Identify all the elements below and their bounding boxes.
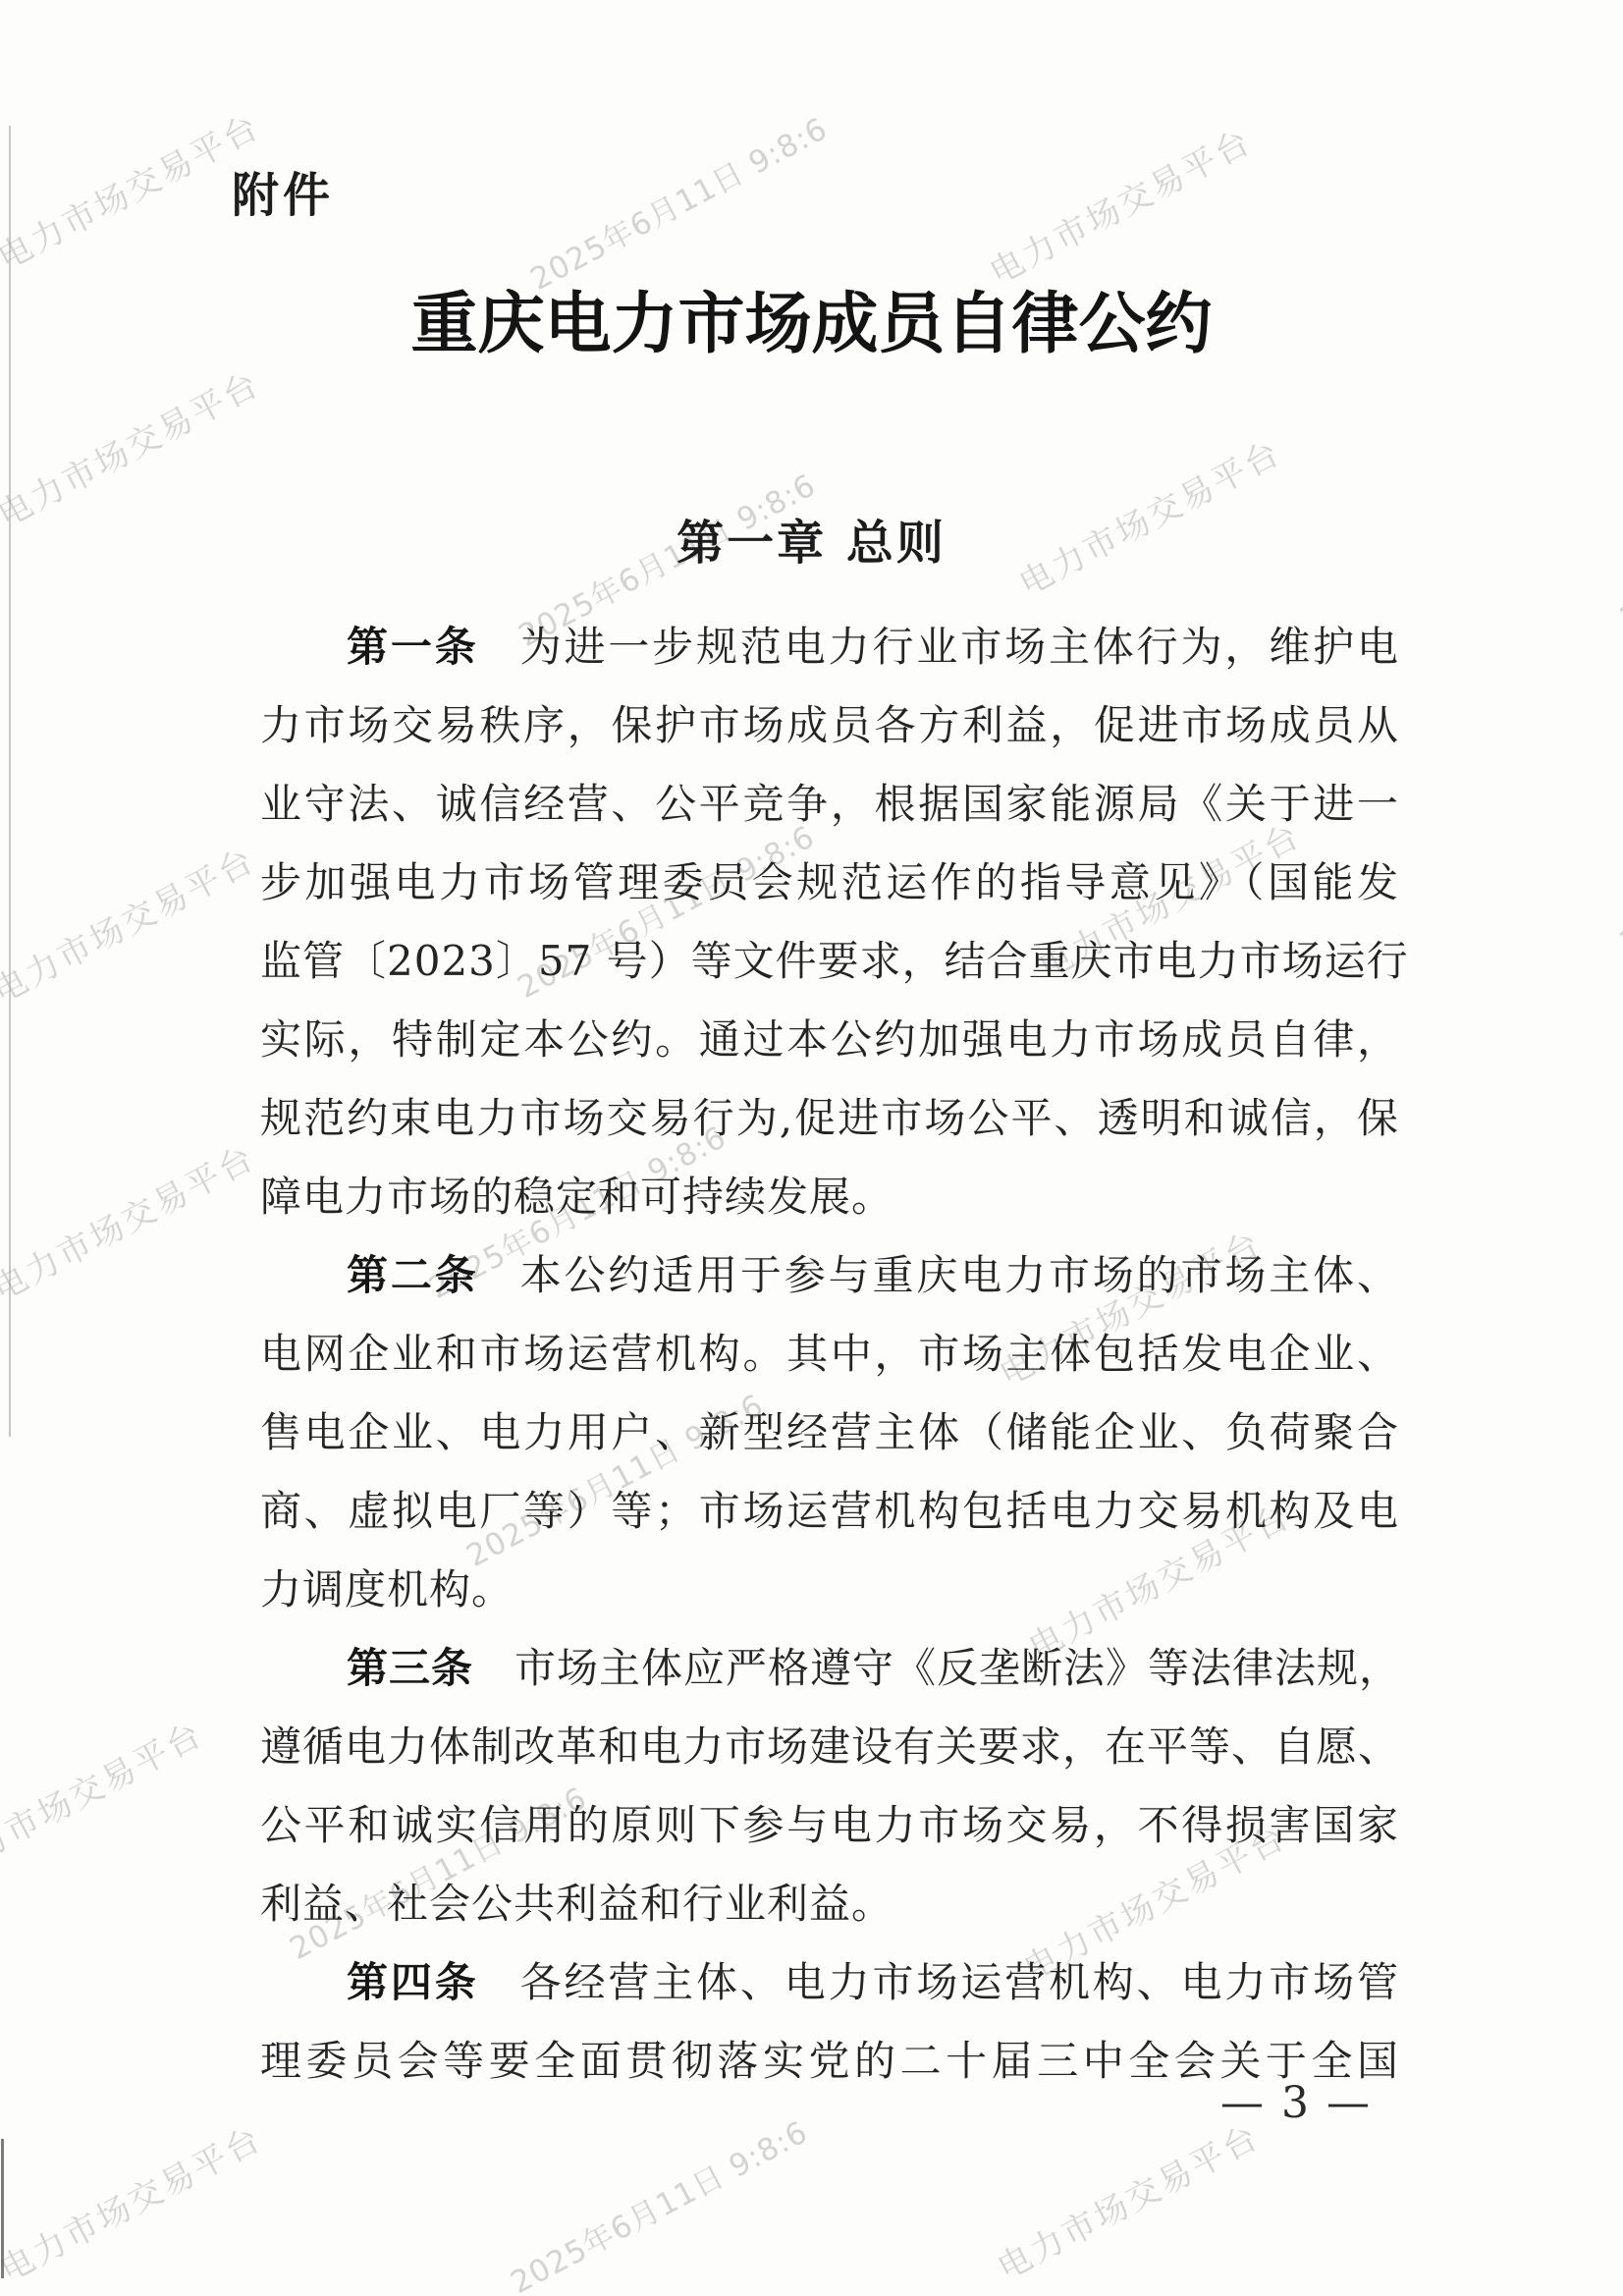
watermark-timestamp-text: 2025年6月11日 9:8:6 — [502, 2107, 815, 2296]
watermark-platform-text: 电力市场交易平台 — [988, 2110, 1267, 2289]
body-line-text: 实际，特制定本公约。通过本公约加强电力市场成员自律， — [260, 1015, 1399, 1064]
body-line: 商、虚拟电厂等）等；市场运营机构包括电力交易机构及电 — [260, 1472, 1399, 1551]
body-line: 监管〔2023〕57 号）等文件要求，结合重庆市电力市场运行 — [260, 922, 1399, 1001]
body-line: 售电企业、电力用户、新型经营主体（储能企业、负荷聚合 — [260, 1394, 1399, 1472]
page-number: — 3 — — [1203, 2078, 1389, 2128]
body-line: 利益、社会公共利益和行业利益。 — [260, 1865, 1399, 1943]
body-line-text: 力调度机构。 — [260, 1565, 514, 1613]
body-line: 步加强电力市场管理委员会规范运作的指导意见》（国能发 — [260, 844, 1399, 922]
body-line: 公平和诚实信用的原则下参与电力市场交易，不得损害国家 — [260, 1786, 1399, 1865]
body-line-text: 步加强电力市场管理委员会规范运作的指导意见》（国能发 — [260, 858, 1399, 906]
body-line: 实际，特制定本公约。通过本公约加强电力市场成员自律， — [260, 1001, 1399, 1079]
body-line: 第四条各经营主体、电力市场运营机构、电力市场管 — [260, 1943, 1399, 2022]
body-line-text: 遵循电力体制改革和电力市场建设有关要求，在平等、自愿、 — [260, 1722, 1400, 1771]
body-line-text: 为进一步规范电力行业市场主体行为，维护电 — [520, 623, 1399, 671]
body-line: 力市场交易秩序，保护市场成员各方利益，促进市场成员从 — [260, 686, 1399, 765]
body-line: 第二条本公约适用于参与重庆电力市场的市场主体、 — [260, 1236, 1399, 1315]
article-number: 第四条 — [347, 1958, 479, 2006]
watermark-platform-text: 电力市场交易平台 — [0, 100, 267, 279]
watermark-platform-text: 电力市场交易平台 — [0, 2112, 269, 2291]
watermark-platform-text: 电力市场交易平台 — [0, 1708, 210, 1886]
article-number: 第三条 — [347, 1644, 473, 1692]
body-line-text: 规范约束电力市场交易行为,促进市场公平、透明和诚信，保 — [260, 1094, 1399, 1142]
attachment-label: 附件 — [232, 157, 334, 225]
body-line: 遵循电力体制改革和电力市场建设有关要求，在平等、自愿、 — [260, 1708, 1399, 1786]
body-line-text: 利益、社会公共利益和行业利益。 — [260, 1880, 893, 1928]
body-line-text: 市场主体应严格遵守《反垄断法》等法律法规， — [514, 1644, 1401, 1692]
watermark-timestamp-text: 2025年6月11日 9:8:6 — [521, 104, 835, 299]
article-number: 第二条 — [347, 1251, 479, 1299]
watermark-platform-text: 电力市场交易平台 — [0, 834, 262, 1012]
body-line: 规范约束电力市场交易行为,促进市场公平、透明和诚信，保 — [260, 1079, 1399, 1158]
body-line-text: 公平和诚实信用的原则下参与电力市场交易，不得损害国家 — [260, 1801, 1399, 1849]
scanned-document-page: 电力市场交易平台电力市场交易平台电力市场交易平台电力市场交易平台电力市场交易平台… — [0, 0, 1623, 2296]
body-line-text: 障电力市场的稳定和可持续发展。 — [260, 1173, 893, 1221]
body-line-text: 各经营主体、电力市场运营机构、电力市场管 — [520, 1958, 1399, 2006]
body-line: 第三条市场主体应严格遵守《反垄断法》等法律法规， — [260, 1629, 1399, 1708]
body-line-text: 售电企业、电力用户、新型经营主体（储能企业、负荷聚合 — [260, 1408, 1399, 1456]
body-line-text: 电网企业和市场运营机构。其中，市场主体包括发电企业、 — [260, 1330, 1399, 1378]
body-line: 力调度机构。 — [260, 1551, 1399, 1629]
body-line: 业守法、诚信经营、公平竞争，根据国家能源局《关于进一 — [260, 765, 1399, 844]
watermark-timestamp-text: 2025年6月11日 9:8:6 — [1611, 767, 1623, 961]
body-line: 第一条为进一步规范电力行业市场主体行为，维护电 — [260, 608, 1399, 686]
body-line: 障电力市场的稳定和可持续发展。 — [260, 1158, 1399, 1236]
watermark-platform-text: 电力市场交易平台 — [0, 1131, 262, 1310]
watermark-platform-text: 电力市场交易平台 — [980, 115, 1259, 294]
body-line-text: 业守法、诚信经营、公平竞争，根据国家能源局《关于进一 — [260, 780, 1399, 828]
body-line-text: 力市场交易秩序，保护市场成员各方利益，促进市场成员从 — [260, 701, 1399, 749]
document-body: 第一条为进一步规范电力行业市场主体行为，维护电 力市场交易秩序，保护市场成员各方… — [260, 608, 1399, 2101]
scan-artifact-line-bottom-left — [1, 2139, 4, 2278]
body-line-text: 监管〔2023〕57 号）等文件要求，结合重庆市电力市场运行 — [260, 937, 1409, 985]
body-line: 电网企业和市场运营机构。其中，市场主体包括发电企业、 — [260, 1315, 1399, 1394]
document-title: 重庆电力市场成员自律公约 — [0, 271, 1623, 366]
article-number: 第一条 — [347, 623, 479, 671]
body-line-text: 本公约适用于参与重庆电力市场的市场主体、 — [520, 1251, 1399, 1299]
chapter-heading: 第一章 总则 — [0, 505, 1623, 573]
body-line-text: 商、虚拟电厂等）等；市场运营机构包括电力交易机构及电 — [260, 1487, 1399, 1535]
